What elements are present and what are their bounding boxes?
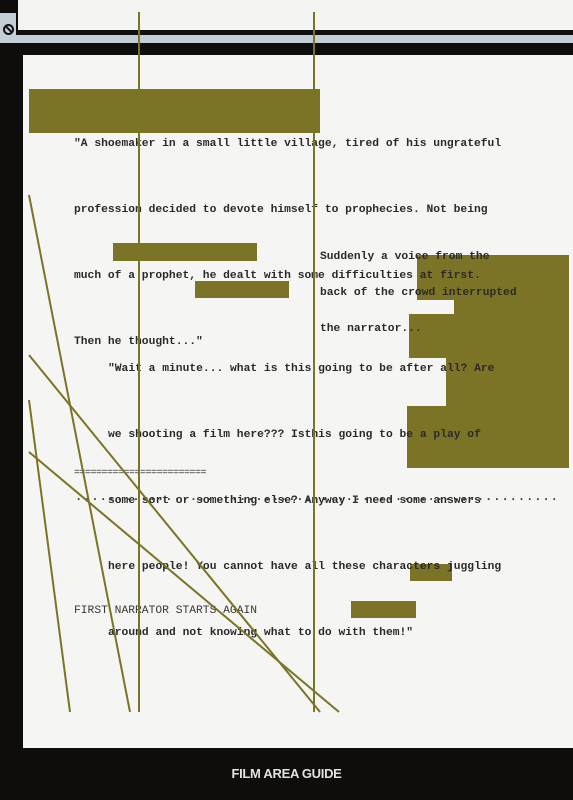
closing-line: FIRST NARRATOR STARTS AGAIN [74,604,257,618]
separator-dots: ........................................… [75,490,559,504]
footer: FILM AREA GUIDE [0,748,573,800]
top-strip [18,0,573,30]
text-line: we shooting a film here??? Isthis going … [108,424,501,446]
footer-title: FILM AREA GUIDE [231,766,341,781]
text-line: back of the crowd interrupted [320,287,517,299]
text-line: around and not knowing what to do with t… [108,622,501,644]
no-entry-icon[interactable] [3,24,14,35]
text-line: here people! You cannot have all these c… [108,556,501,578]
text-line: "Wait a minute... what is this going to … [108,358,501,380]
top-border [0,43,573,55]
text-line: "A shoemaker in a small little village, … [74,133,501,155]
top-band [0,35,573,43]
text-line: profession decided to devote himself to … [74,199,501,221]
separator-equals: ======================== [74,468,206,479]
text-line: Suddenly a voice from the [320,251,517,263]
